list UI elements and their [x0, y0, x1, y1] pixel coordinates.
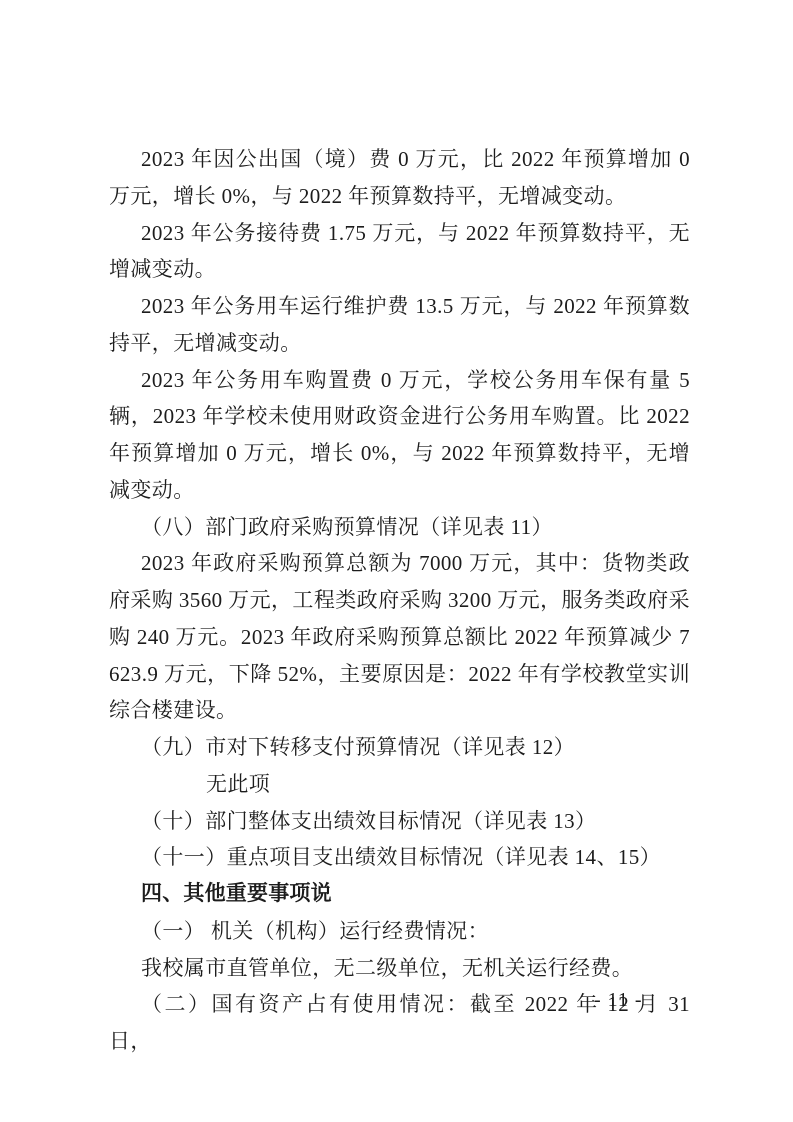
- paragraph-subheading: （十）部门整体支出绩效目标情况（详见表 13）: [109, 803, 690, 840]
- paragraph-body: 2023 年公务用车购置费 0 万元，学校公务用车保有量 5 辆，2023 年学…: [109, 362, 690, 509]
- document-page: 2023 年因公出国（境）费 0 万元，比 2022 年预算增加 0 万元，增长…: [0, 0, 793, 1122]
- paragraph-subheading: （八）部门政府采购预算情况（详见表 11）: [109, 509, 690, 546]
- paragraph-body: 2023 年公务接待费 1.75 万元，与 2022 年预算数持平，无增减变动。: [109, 215, 690, 289]
- paragraph-body: 2023 年公务用车运行维护费 13.5 万元，与 2022 年预算数持平，无增…: [109, 288, 690, 362]
- paragraph-body: 我校属市直管单位，无二级单位，无机关运行经费。: [109, 950, 690, 987]
- paragraph-note: 无此项: [109, 766, 690, 803]
- document-body: 2023 年因公出国（境）费 0 万元，比 2022 年预算增加 0 万元，增长…: [109, 141, 690, 1060]
- paragraph-heading: 四、其他重要事项说: [109, 876, 690, 913]
- paragraph-subheading: （十一）重点项目支出绩效目标情况（详见表 14、15）: [109, 839, 690, 876]
- paragraph-body: 2023 年因公出国（境）费 0 万元，比 2022 年预算增加 0 万元，增长…: [109, 141, 690, 215]
- page-number: - 11 -: [594, 986, 643, 1014]
- paragraph-body: 2023 年政府采购预算总额为 7000 万元，其中：货物类政府采购 3560 …: [109, 545, 690, 729]
- paragraph-subheading: （九）市对下转移支付预算情况（详见表 12）: [109, 729, 690, 766]
- paragraph-subheading: （一） 机关（机构）运行经费情况：: [109, 913, 690, 950]
